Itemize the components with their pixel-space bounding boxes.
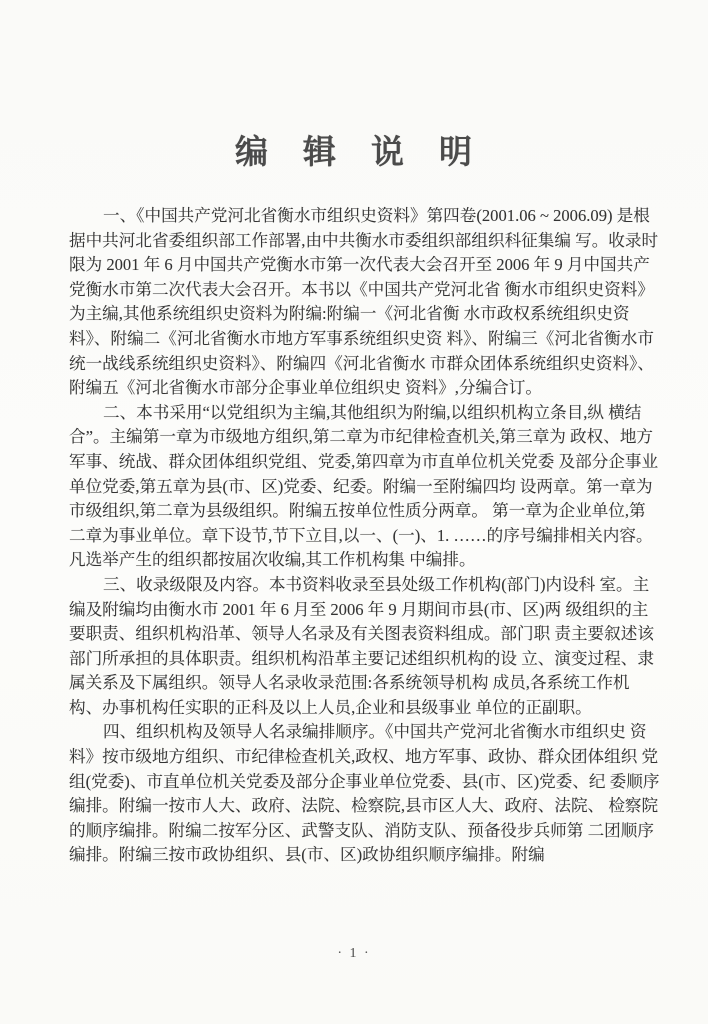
paragraph: 二、本书采用“以党组织为主编,其他组织为附编,以组织机构立条目,纵 横结合”。主… bbox=[69, 401, 660, 573]
text-line: 三、收录级限及内容。本书资料收录至县处级工作机构(部门)内设科 bbox=[69, 575, 595, 594]
paragraph: 四、组织机构及领导人名录编排顺序。《中国共产党河北省衡水市组织史 资料》按市级地… bbox=[69, 720, 660, 868]
paragraph: 三、收录级限及内容。本书资料收录至县处级工作机构(部门)内设科 室。主编及附编均… bbox=[69, 573, 660, 721]
document-page: 编 辑 说 明 一、《中国共产党河北省衡水市组织史资料》第四卷(2001.06 … bbox=[0, 0, 708, 1024]
document-body: 一、《中国共产党河北省衡水市组织史资料》第四卷(2001.06 ~ 2006.0… bbox=[69, 204, 660, 868]
page-number: · 1 · bbox=[0, 946, 708, 962]
page-title: 编 辑 说 明 bbox=[0, 126, 708, 173]
text-line: 四、组织机构及领导人名录编排顺序。《中国共产党河北省衡水市组织史 bbox=[69, 722, 626, 741]
text-line: 二、本书采用“以党组织为主编,其他组织为附编,以组织机构立条目,纵 bbox=[69, 403, 604, 422]
text-line: 一、《中国共产党河北省衡水市组织史资料》第四卷(2001.06 ~ 2006.0… bbox=[69, 206, 613, 225]
text-line: 单位的正副职。 bbox=[476, 698, 592, 717]
text-line: 中编排。 bbox=[409, 550, 475, 569]
paragraph: 一、《中国共产党河北省衡水市组织史资料》第四卷(2001.06 ~ 2006.0… bbox=[69, 204, 660, 401]
text-line: 资料》,分编合订。 bbox=[405, 378, 542, 397]
